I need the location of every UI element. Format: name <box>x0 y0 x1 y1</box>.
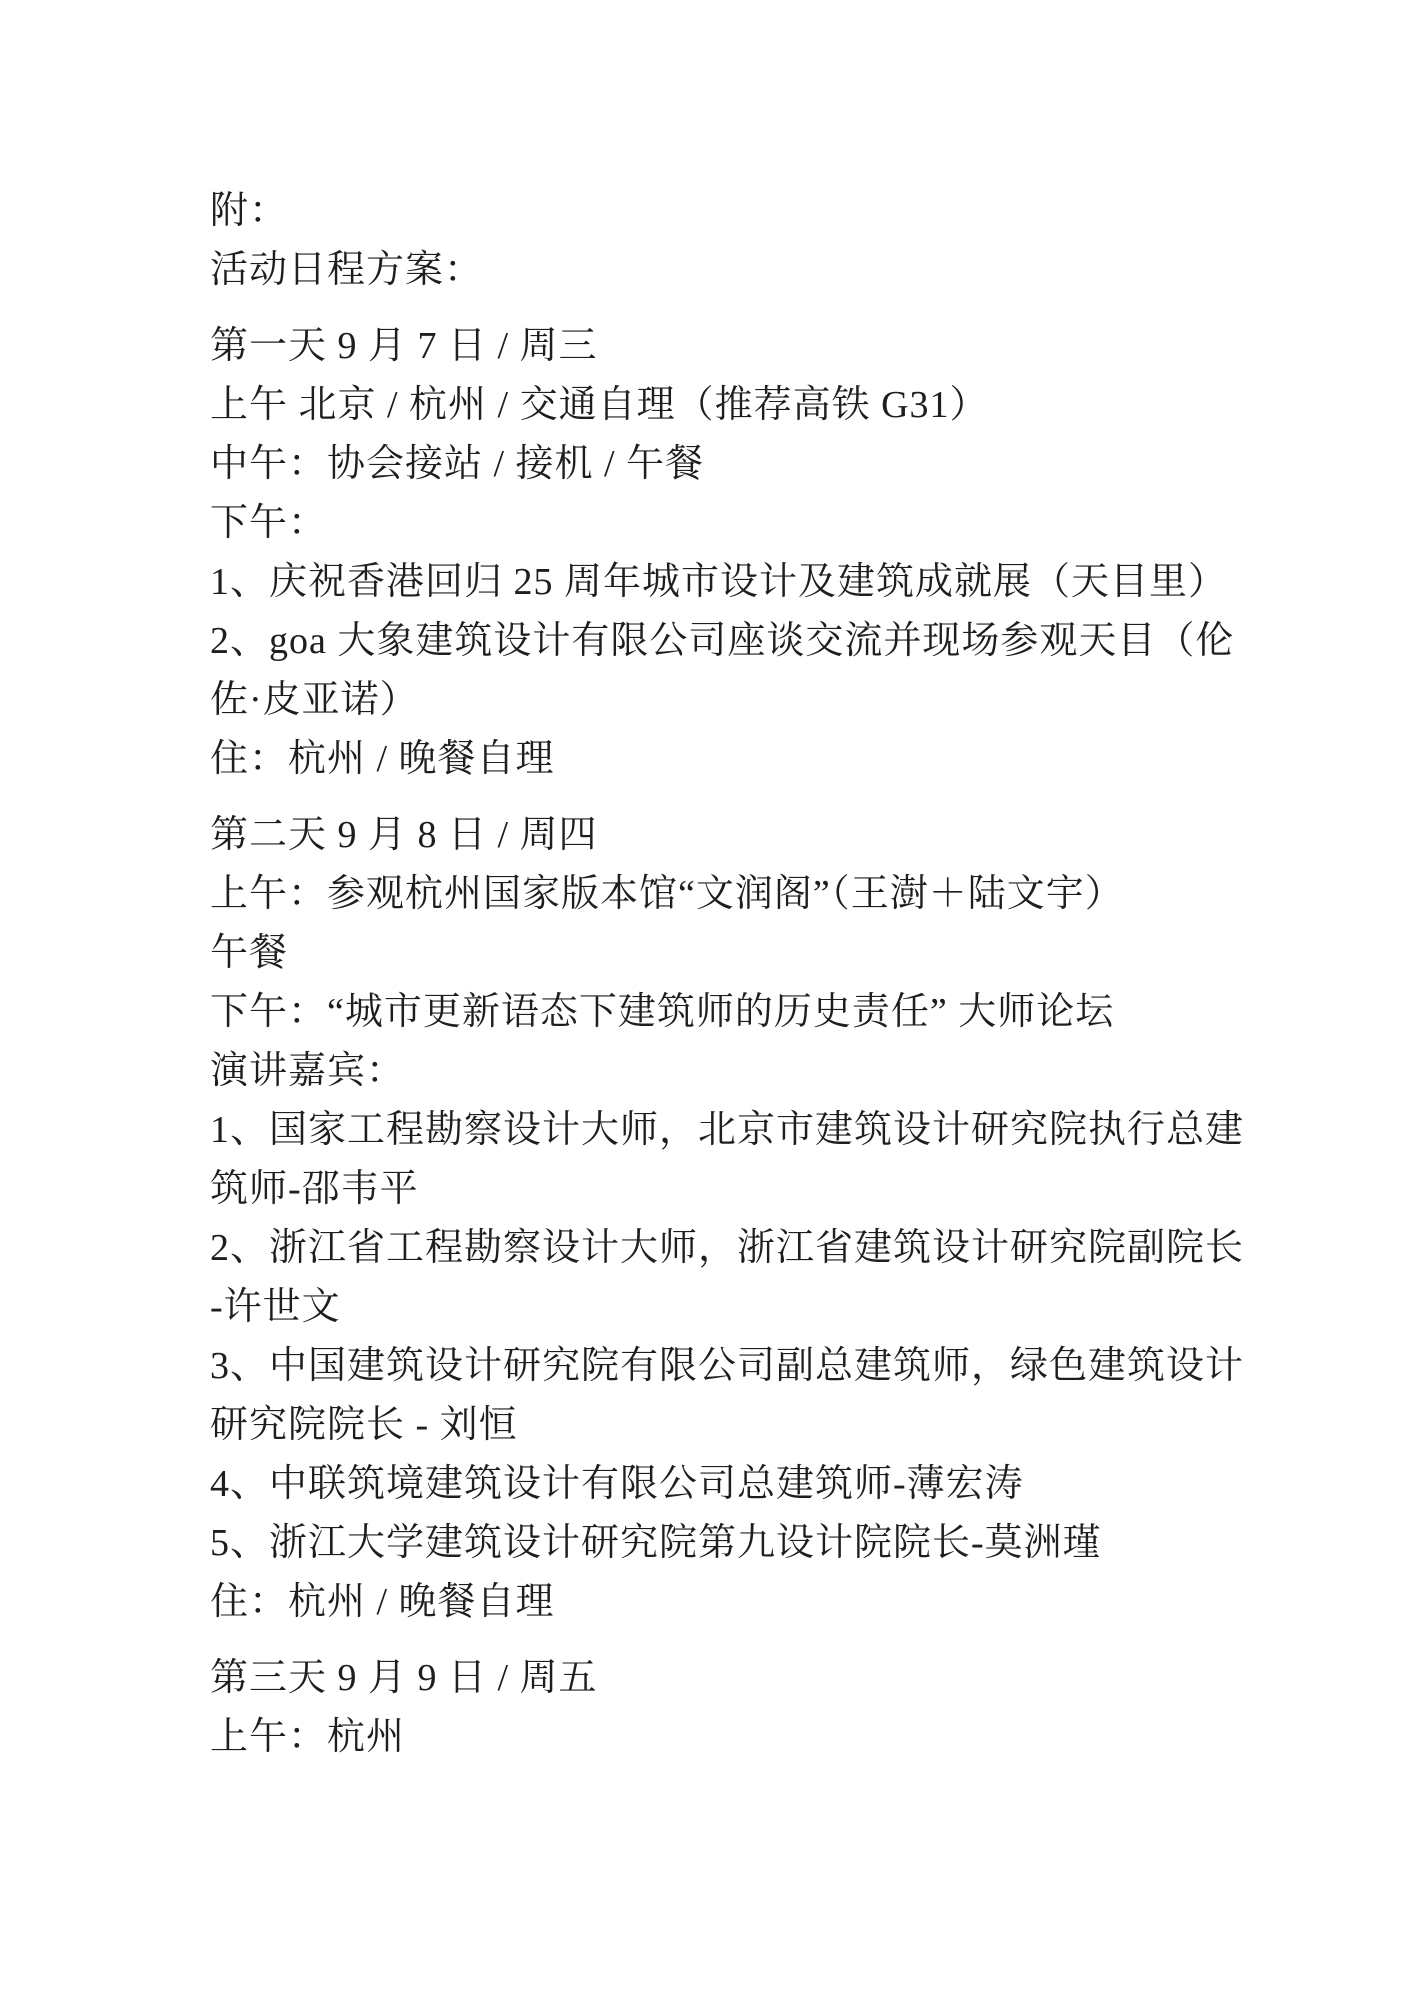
schedule-line: 住：杭州 / 晚餐自理 <box>210 730 1290 789</box>
document-page: 附： 活动日程方案： 第一天 9 月 7 日 / 周三 上午 北京 / 杭州 /… <box>0 0 1410 1995</box>
schedule-line: -许世文 <box>210 1278 1290 1337</box>
schedule-line: 5、浙江大学建筑设计研究院第九设计院院长-莫洲瑾 <box>210 1514 1290 1573</box>
schedule-line: 筑师-邵韦平 <box>210 1160 1290 1219</box>
schedule-line: 1、庆祝香港回归 25 周年城市设计及建筑成就展（天目里） <box>210 553 1290 612</box>
schedule-line: 研究院院长 - 刘恒 <box>210 1396 1290 1455</box>
schedule-line: 上午：参观杭州国家版本馆“文润阁”（王澍＋陆文宇） <box>210 865 1290 924</box>
schedule-line: 上午 北京 / 杭州 / 交通自理（推荐高铁 G31） <box>210 376 1290 435</box>
schedule-line: 午餐 <box>210 924 1290 983</box>
schedule-line: 3、中国建筑设计研究院有限公司副总建筑师，绿色建筑设计 <box>210 1337 1290 1396</box>
schedule-document: 附： 活动日程方案： 第一天 9 月 7 日 / 周三 上午 北京 / 杭州 /… <box>0 0 1410 1767</box>
intro-section: 附： 活动日程方案： <box>210 182 1290 300</box>
schedule-line: 4、中联筑境建筑设计有限公司总建筑师-薄宏涛 <box>210 1455 1290 1514</box>
schedule-line: 演讲嘉宾： <box>210 1042 1290 1101</box>
day2-heading: 第二天 9 月 8 日 / 周四 <box>210 806 1290 865</box>
schedule-line: 2、goa 大象建筑设计有限公司座谈交流并现场参观天目（伦 <box>210 612 1290 671</box>
day3-heading: 第三天 9 月 9 日 / 周五 <box>210 1649 1290 1708</box>
schedule-line: 下午： <box>210 494 1290 553</box>
schedule-line: 下午：“城市更新语态下建筑师的历史责任” 大师论坛 <box>210 983 1290 1042</box>
day1-heading: 第一天 9 月 7 日 / 周三 <box>210 317 1290 376</box>
schedule-line: 2、浙江省工程勘察设计大师，浙江省建筑设计研究院副院长 <box>210 1219 1290 1278</box>
schedule-line: 中午：协会接站 / 接机 / 午餐 <box>210 435 1290 494</box>
schedule-line: 住：杭州 / 晚餐自理 <box>210 1573 1290 1632</box>
schedule-line: 上午：杭州 <box>210 1708 1290 1767</box>
day3-section: 第三天 9 月 9 日 / 周五 上午：杭州 <box>210 1649 1290 1767</box>
document-title: 活动日程方案： <box>210 241 1290 300</box>
day2-section: 第二天 9 月 8 日 / 周四 上午：参观杭州国家版本馆“文润阁”（王澍＋陆文… <box>210 806 1290 1632</box>
attachment-label: 附： <box>210 182 1290 241</box>
day1-section: 第一天 9 月 7 日 / 周三 上午 北京 / 杭州 / 交通自理（推荐高铁 … <box>210 317 1290 789</box>
schedule-line: 1、国家工程勘察设计大师，北京市建筑设计研究院执行总建 <box>210 1101 1290 1160</box>
schedule-line: 佐·皮亚诺） <box>210 671 1290 730</box>
